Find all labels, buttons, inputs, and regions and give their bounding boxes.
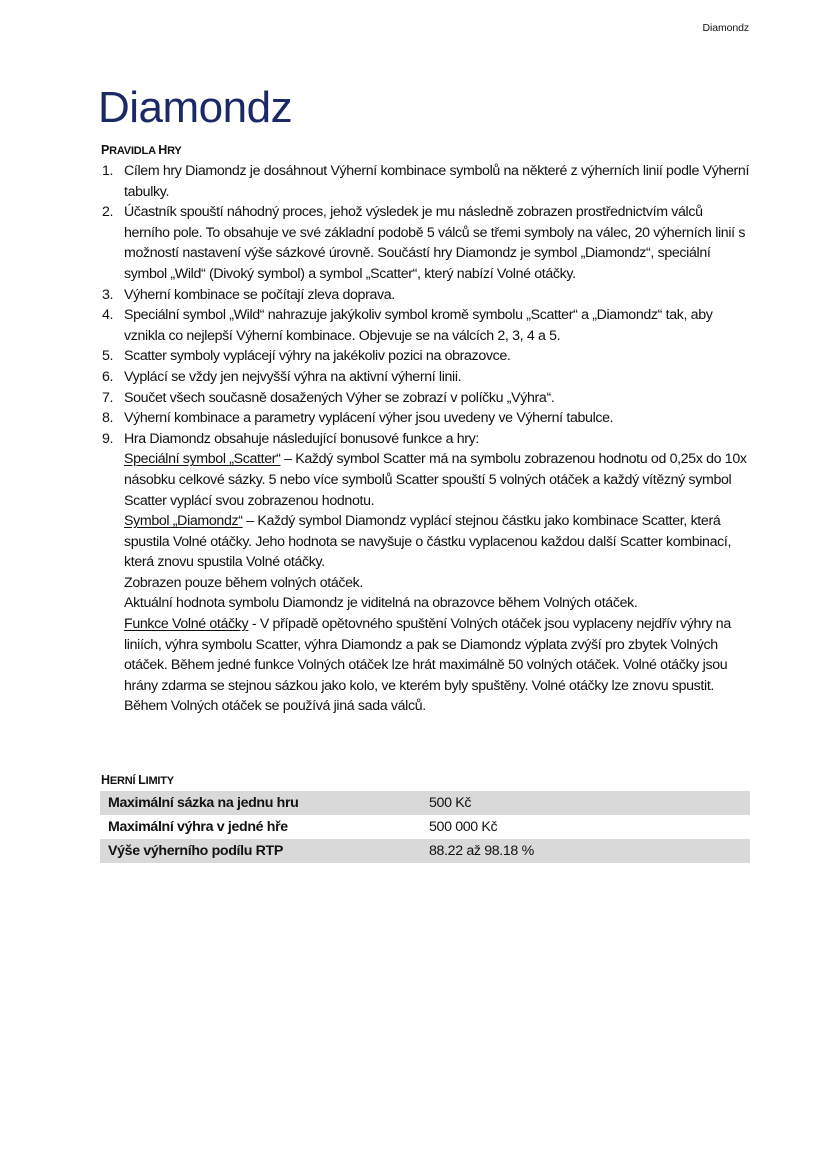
rule-item: 3.Výherní kombinace se počítají zleva do… (101, 285, 751, 306)
limit-value: 88.22 až 98.18 % (421, 839, 750, 863)
table-row: Maximální sázka na jednu hru 500 Kč (100, 791, 750, 815)
table-row: Výše výherního podílu RTP 88.22 až 98.18… (100, 839, 750, 863)
rule-item: 1.Cílem hry Diamondz je dosáhnout Výhern… (101, 161, 751, 202)
rule-item: 5.Scatter symboly vyplácejí výhry na jak… (101, 346, 751, 367)
rule-item: 4.Speciální symbol „Wild“ nahrazuje jaký… (101, 305, 751, 346)
limit-label: Výše výherního podílu RTP (100, 839, 421, 863)
free-spins-note: Během Volných otáček se používá jiná sad… (124, 696, 751, 717)
limit-value: 500 000 Kč (421, 815, 750, 839)
limit-label: Maximální sázka na jednu hru (100, 791, 421, 815)
diamondz-note: Aktuální hodnota symbolu Diamondz je vid… (124, 593, 751, 614)
free-spins-feature: Funkce Volné otáčky - V případě opětovné… (124, 614, 751, 696)
table-row: Maximální výhra v jedné hře 500 000 Kč (100, 815, 750, 839)
rules-list: 1.Cílem hry Diamondz je dosáhnout Výhern… (101, 161, 751, 717)
document-title: Diamondz (98, 82, 292, 134)
limits-table: Maximální sázka na jednu hru 500 Kč Maxi… (100, 791, 750, 863)
running-header: Diamondz (703, 22, 749, 34)
rules-heading: PRAVIDLA HRY (101, 143, 182, 157)
rule-item: 8.Výherní kombinace a parametry vyplácen… (101, 408, 751, 429)
limits-heading: HERNÍ LIMITY (101, 773, 174, 787)
rule-item: 6.Vyplácí se vždy jen nejvyšší výhra na … (101, 367, 751, 388)
scatter-feature-title: Speciální symbol „Scatter“ (124, 451, 280, 467)
scatter-feature: Speciální symbol „Scatter“ – Každý symbo… (124, 449, 751, 511)
limit-value: 500 Kč (421, 791, 750, 815)
free-spins-feature-title: Funkce Volné otáčky (124, 616, 248, 632)
rule-item: 7.Součet všech současně dosažených Výher… (101, 388, 751, 409)
limit-label: Maximální výhra v jedné hře (100, 815, 421, 839)
diamondz-feature-title: Symbol „Diamondz“ (124, 513, 243, 529)
rule-item: 2.Účastník spouští náhodný proces, jehož… (101, 202, 751, 284)
diamondz-note: Zobrazen pouze během volných otáček. (124, 573, 751, 594)
diamondz-feature: Symbol „Diamondz“ – Každý symbol Diamond… (124, 511, 751, 573)
rule-item-bonus: 9. Hra Diamondz obsahuje následující bon… (101, 429, 751, 717)
